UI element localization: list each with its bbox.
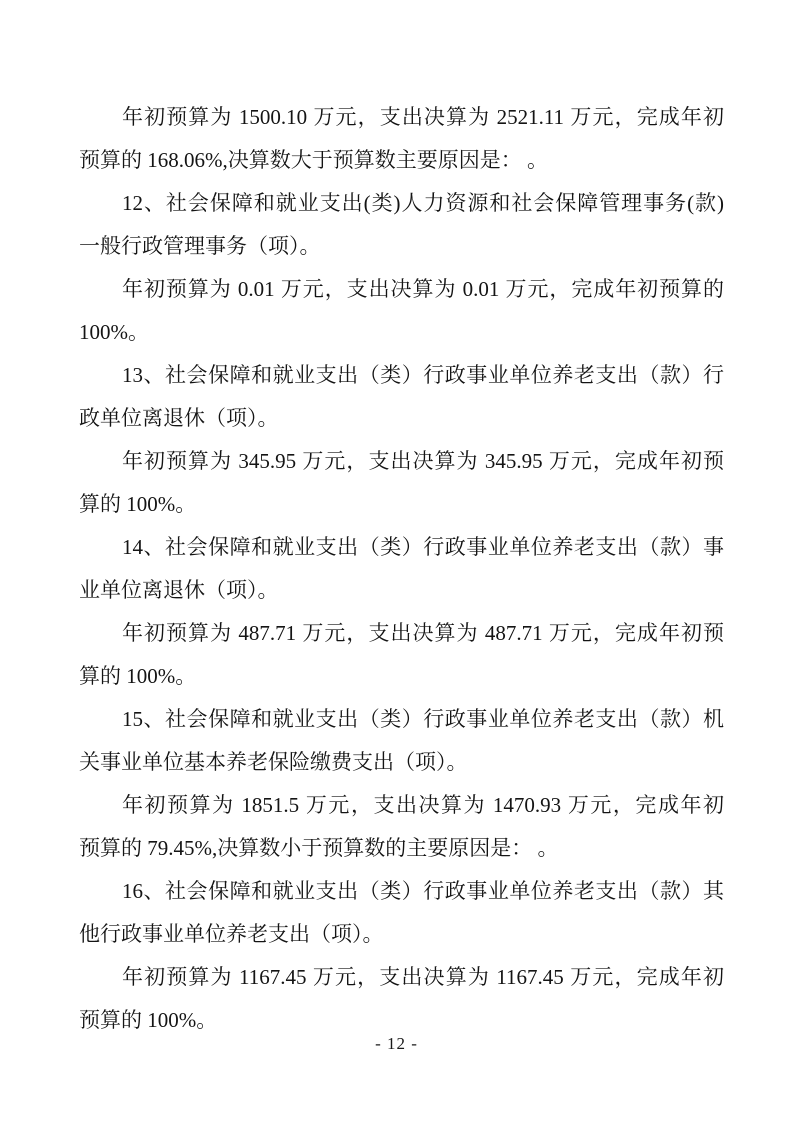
text-line: 12、社会保障和就业支出(类)人力资源和社会保障管理事务(款) — [79, 182, 724, 225]
text-line: 一般行政管理事务（项）。 — [79, 225, 724, 268]
text-line: 年初预算为 345.95 万元，支出决算为 345.95 万元，完成年初预 — [79, 440, 724, 483]
paragraph-item-16-budget: 年初预算为 1167.45 万元，支出决算为 1167.45 万元，完成年初 预… — [79, 956, 724, 1042]
paragraph-item-13-title: 13、社会保障和就业支出（类）行政事业单位养老支出（款）行 政单位离退休（项）。 — [79, 354, 724, 440]
paragraph-item-12-budget: 年初预算为 0.01 万元，支出决算为 0.01 万元，完成年初预算的 100%… — [79, 268, 724, 354]
text-line: 政单位离退休（项）。 — [79, 397, 724, 440]
text-line: 年初预算为 1167.45 万元，支出决算为 1167.45 万元，完成年初 — [79, 956, 724, 999]
document-page: 年初预算为 1500.10 万元，支出决算为 2521.11 万元，完成年初 预… — [0, 0, 793, 1122]
paragraph-item-14-budget: 年初预算为 487.71 万元，支出决算为 487.71 万元，完成年初预 算的… — [79, 612, 724, 698]
text-line: 业单位离退休（项）。 — [79, 569, 724, 612]
text-line: 年初预算为 0.01 万元，支出决算为 0.01 万元，完成年初预算的 — [79, 268, 724, 311]
text-line: 预算的 79.45%,决算数小于预算数的主要原因是： 。 — [79, 827, 724, 870]
paragraph-item-15-budget: 年初预算为 1851.5 万元，支出决算为 1470.93 万元，完成年初 预算… — [79, 784, 724, 870]
text-line: 关事业单位基本养老保险缴费支出（项）。 — [79, 741, 724, 784]
text-line: 预算的 168.06%,决算数大于预算数主要原因是： 。 — [79, 139, 724, 182]
page-number: - 12 - — [0, 1034, 793, 1054]
document-body: 年初预算为 1500.10 万元，支出决算为 2521.11 万元，完成年初 预… — [79, 96, 724, 1042]
text-line: 年初预算为 1851.5 万元，支出决算为 1470.93 万元，完成年初 — [79, 784, 724, 827]
text-line: 算的 100%。 — [79, 483, 724, 526]
text-line: 13、社会保障和就业支出（类）行政事业单位养老支出（款）行 — [79, 354, 724, 397]
text-line: 他行政事业单位养老支出（项）。 — [79, 913, 724, 956]
text-line: 算的 100%。 — [79, 655, 724, 698]
text-line: 年初预算为 1500.10 万元，支出决算为 2521.11 万元，完成年初 — [79, 96, 724, 139]
text-line: 年初预算为 487.71 万元，支出决算为 487.71 万元，完成年初预 — [79, 612, 724, 655]
text-line: 14、社会保障和就业支出（类）行政事业单位养老支出（款）事 — [79, 526, 724, 569]
paragraph-item-16-title: 16、社会保障和就业支出（类）行政事业单位养老支出（款）其 他行政事业单位养老支… — [79, 870, 724, 956]
paragraph-item-15-title: 15、社会保障和就业支出（类）行政事业单位养老支出（款）机 关事业单位基本养老保… — [79, 698, 724, 784]
text-line: 15、社会保障和就业支出（类）行政事业单位养老支出（款）机 — [79, 698, 724, 741]
text-line: 16、社会保障和就业支出（类）行政事业单位养老支出（款）其 — [79, 870, 724, 913]
paragraph-budget-summary-11: 年初预算为 1500.10 万元，支出决算为 2521.11 万元，完成年初 预… — [79, 96, 724, 182]
text-line: 100%。 — [79, 311, 724, 354]
paragraph-item-13-budget: 年初预算为 345.95 万元，支出决算为 345.95 万元，完成年初预 算的… — [79, 440, 724, 526]
paragraph-item-12-title: 12、社会保障和就业支出(类)人力资源和社会保障管理事务(款) 一般行政管理事务… — [79, 182, 724, 268]
paragraph-item-14-title: 14、社会保障和就业支出（类）行政事业单位养老支出（款）事 业单位离退休（项）。 — [79, 526, 724, 612]
